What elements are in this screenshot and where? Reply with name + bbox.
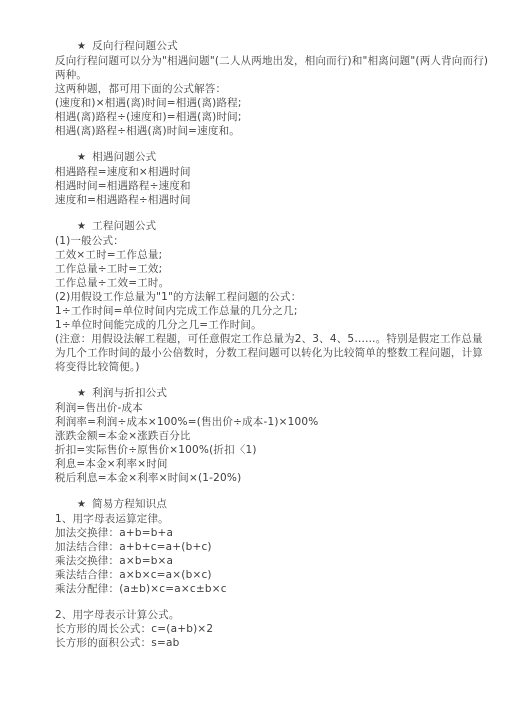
text-line: 相遇(离)路程÷(速度和)=相遇(离)时间;	[55, 110, 496, 124]
text-line: 折扣=实际售价÷原售价×100%(折扣〈1)	[55, 443, 496, 457]
text-line: 加法结合律：a+b+c=a+(b+c)	[55, 540, 496, 554]
text-line: 工效×工时=工作总量;	[55, 248, 496, 262]
text-line: 1、用字母表运算定律。	[55, 512, 496, 526]
text-line: 为几个工作时间的最小公倍数时，分数工程问题可以转化为比较简单的整数工程问题，计算	[55, 346, 496, 360]
star-bullet-icon: ★	[77, 151, 86, 165]
section: ★工程问题公式(1)一般公式：工效×工时=工作总量;工作总量÷工时=工效;工作总…	[55, 219, 496, 374]
section-title: 简易方程知识点	[92, 498, 167, 510]
section-header: ★简易方程知识点	[55, 497, 496, 512]
text-line: 两种。	[55, 68, 496, 82]
text-line: 乘法分配律：(a±b)×c=a×c±b×c	[55, 582, 496, 596]
text-line: 这两种题，都可用下面的公式解答：	[55, 82, 496, 96]
section-title: 工程问题公式	[92, 220, 156, 232]
section-header: ★工程问题公式	[55, 219, 496, 234]
star-bullet-icon: ★	[77, 40, 86, 54]
text-line: 相遇路程=速度和×相遇时间	[55, 165, 496, 179]
text-line: 长方形的面积公式：s=ab	[55, 636, 496, 650]
section: ★反向行程问题公式反向行程问题可以分为"相遇问题"(二人从两地出发，相向而行)和…	[55, 39, 496, 138]
section-header: ★利润与折扣公式	[55, 386, 496, 401]
text-line: 乘法交换律：a×b=b×a	[55, 554, 496, 568]
document-page: ★反向行程问题公式反向行程问题可以分为"相遇问题"(二人从两地出发，相向而行)和…	[0, 0, 526, 702]
text-line: 加法交换律：a+b=b+a	[55, 526, 496, 540]
star-bullet-icon: ★	[77, 220, 86, 234]
star-bullet-icon: ★	[77, 387, 86, 401]
text-line: 税后利息=本金×利率×时间×(1-20%)	[55, 471, 496, 485]
section: 2、用字母表示计算公式。长方形的周长公式：c=(a+b)×2长方形的面积公式：s…	[55, 608, 496, 650]
text-line: 利润=售出价-成本	[55, 401, 496, 415]
text-line: 相遇时间=相遇路程÷速度和	[55, 179, 496, 193]
text-line: (1)一般公式：	[55, 234, 496, 248]
section: ★利润与折扣公式利润=售出价-成本利润率=利润÷成本×100%=(售出价÷成本-…	[55, 386, 496, 485]
text-line: 相遇(离)路程÷相遇(离)时间=速度和。	[55, 124, 496, 138]
text-line: 涨跌金额=本金×涨跌百分比	[55, 429, 496, 443]
text-line: 1÷单位时间能完成的几分之几=工作时间。	[55, 318, 496, 332]
section: ★简易方程知识点1、用字母表运算定律。加法交换律：a+b=b+a加法结合律：a+…	[55, 497, 496, 596]
text-line: (注意：用假设法解工程题，可任意假定工作总量为2、3、4、5……。特别是假定工作…	[55, 332, 496, 346]
text-line: 利息=本金×利率×时间	[55, 457, 496, 471]
text-line: (2)用假设工作总量为"1"的方法解工程问题的公式：	[55, 290, 496, 304]
text-line: 长方形的周长公式：c=(a+b)×2	[55, 622, 496, 636]
section-title: 相遇问题公式	[92, 151, 156, 163]
text-line: 工作总量÷工时=工效;	[55, 262, 496, 276]
section: ★相遇问题公式相遇路程=速度和×相遇时间相遇时间=相遇路程÷速度和速度和=相遇路…	[55, 150, 496, 207]
section-header: ★反向行程问题公式	[55, 39, 496, 54]
text-line: 将变得比较简便。)	[55, 360, 496, 374]
text-line: 反向行程问题可以分为"相遇问题"(二人从两地出发，相向而行)和"相离问题"(两人…	[55, 54, 496, 68]
text-line: (速度和)×相遇(离)时间=相遇(离)路程;	[55, 96, 496, 110]
star-bullet-icon: ★	[77, 498, 86, 512]
text-line: 工作总量÷工效=工时。	[55, 276, 496, 290]
section-title: 反向行程问题公式	[92, 40, 178, 52]
text-line: 速度和=相遇路程÷相遇时间	[55, 193, 496, 207]
text-line: 1÷工作时间=单位时间内完成工作总量的几分之几;	[55, 304, 496, 318]
text-line: 2、用字母表示计算公式。	[55, 608, 496, 622]
section-header: ★相遇问题公式	[55, 150, 496, 165]
section-title: 利润与折扣公式	[92, 387, 167, 399]
text-line: 乘法结合律：a×b×c=a×(b×c)	[55, 568, 496, 582]
text-line: 利润率=利润÷成本×100%=(售出价÷成本-1)×100%	[55, 415, 496, 429]
